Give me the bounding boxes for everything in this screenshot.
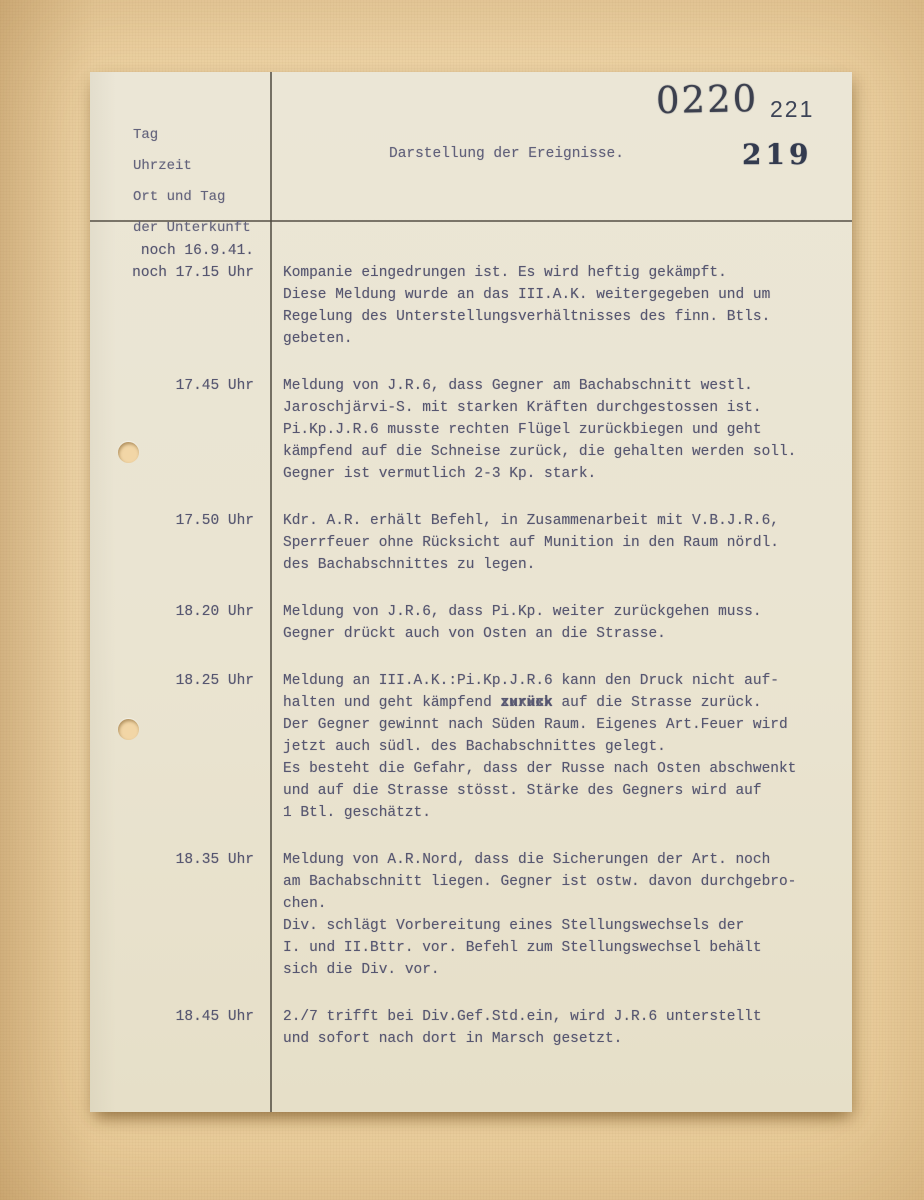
header-line-tag: Tag [133, 127, 158, 143]
text-line: Pi.Kp.J.R.6 musste rechten Flügel zurück… [283, 419, 796, 441]
text-line: und sofort nach dort in Marsch gesetzt. [283, 1028, 762, 1050]
text-line: Gegner drückt auch von Osten an die Stra… [283, 623, 762, 645]
text-line: Regelung des Unterstellungsverhältnisses… [283, 306, 770, 328]
entry-time: 18.25 Uhr [90, 670, 270, 692]
text-line: Meldung an III.A.K.:Pi.Kp.J.R.6 kann den… [283, 670, 796, 692]
overstruck-word: zurückxxxxxx [501, 692, 553, 714]
text-line: jetzt auch südl. des Bachabschnittes gel… [283, 736, 796, 758]
text-line: Sperrfeuer ohne Rücksicht auf Munition i… [283, 532, 779, 554]
entry-time: 17.50 Uhr [90, 510, 270, 532]
text-line: Meldung von J.R.6, dass Pi.Kp. weiter zu… [283, 601, 762, 623]
log-entry: 17.45 UhrMeldung von J.R.6, dass Gegner … [90, 375, 852, 485]
text-line: 1 Btl. geschätzt. [283, 802, 796, 824]
entry-time-line: 18.45 Uhr [90, 1006, 254, 1028]
log-entry: noch 16.9.41.noch 17.15 UhrKompanie eing… [90, 240, 852, 350]
text-line: halten und geht kämpfend zurückxxxxxx au… [283, 692, 796, 714]
text-line: Gegner ist vermutlich 2-3 Kp. stark. [283, 463, 796, 485]
page-number-top: 221 [770, 96, 814, 123]
entry-text: Meldung von J.R.6, dass Pi.Kp. weiter zu… [270, 601, 762, 645]
entry-time-line: noch 17.15 Uhr [90, 262, 254, 284]
page-number: 219 [742, 138, 812, 171]
text-line: Es besteht die Gefahr, dass der Russe na… [283, 758, 796, 780]
entry-time: noch 16.9.41.noch 17.15 Uhr [90, 240, 270, 284]
document-page: Tag Uhrzeit Ort und Tag der Unterkunft D… [90, 72, 852, 1112]
overstrike-marks: xxxxxx [501, 692, 553, 714]
punch-hole-bottom [118, 719, 139, 740]
events-column-title: Darstellung der Ereignisse. [389, 146, 624, 162]
entry-time: 18.35 Uhr [90, 849, 270, 871]
text-line: sich die Div. vor. [283, 959, 796, 981]
entry-text: Kompanie eingedrungen ist. Es wird hefti… [270, 240, 770, 350]
text-line: Kompanie eingedrungen ist. Es wird hefti… [283, 262, 770, 284]
log-entry: 18.25 UhrMeldung an III.A.K.:Pi.Kp.J.R.6… [90, 670, 852, 824]
text-line: Div. schlägt Vorbereitung eines Stellung… [283, 915, 796, 937]
entry-time: 18.20 Uhr [90, 601, 270, 623]
entry-time-line: noch 16.9.41. [90, 240, 254, 262]
entry-text: Meldung von J.R.6, dass Gegner am Bachab… [270, 375, 796, 485]
text-line: des Bachabschnittes zu legen. [283, 554, 779, 576]
entry-text: Kdr. A.R. erhält Befehl, in Zusammenarbe… [270, 510, 779, 576]
text-line: 2./7 trifft bei Div.Gef.Std.ein, wird J.… [283, 1006, 762, 1028]
log-entry: 18.35 UhrMeldung von A.R.Nord, dass die … [90, 849, 852, 981]
entries-area: noch 16.9.41.noch 17.15 UhrKompanie eing… [90, 220, 852, 1112]
entry-time-line: 17.45 Uhr [90, 375, 254, 397]
punch-hole-top [118, 442, 139, 463]
text-line: gebeten. [283, 328, 770, 350]
archive-stamp-number: 0220 [656, 77, 759, 122]
entry-text: Meldung an III.A.K.:Pi.Kp.J.R.6 kann den… [270, 670, 796, 824]
text-line: I. und II.Bttr. vor. Befehl zum Stellung… [283, 937, 796, 959]
header-line-ort: Ort und Tag [133, 189, 225, 205]
entry-time-line: 17.50 Uhr [90, 510, 254, 532]
text-line: und auf die Strasse stösst. Stärke des G… [283, 780, 796, 802]
entry-text: Meldung von A.R.Nord, dass die Sicherung… [270, 849, 796, 981]
text-line: kämpfend auf die Schneise zurück, die ge… [283, 441, 796, 463]
text-line: Jaroschjärvi-S. mit starken Kräften durc… [283, 397, 796, 419]
entry-time-line: 18.20 Uhr [90, 601, 254, 623]
text-line: Meldung von A.R.Nord, dass die Sicherung… [283, 849, 796, 871]
log-entry: 17.50 UhrKdr. A.R. erhält Befehl, in Zus… [90, 510, 852, 576]
text-line: am Bachabschnitt liegen. Gegner ist ostw… [283, 871, 796, 893]
log-entry: 18.20 UhrMeldung von J.R.6, dass Pi.Kp. … [90, 601, 852, 645]
entry-time: 17.45 Uhr [90, 375, 270, 397]
text-line: chen. [283, 893, 796, 915]
photo-background: Tag Uhrzeit Ort und Tag der Unterkunft D… [0, 0, 924, 1200]
text-line: Meldung von J.R.6, dass Gegner am Bachab… [283, 375, 796, 397]
entry-text: 2./7 trifft bei Div.Gef.Std.ein, wird J.… [270, 1006, 762, 1050]
entry-time-line: 18.35 Uhr [90, 849, 254, 871]
entry-time-line: 18.25 Uhr [90, 670, 254, 692]
text-line: Kdr. A.R. erhält Befehl, in Zusammenarbe… [283, 510, 779, 532]
text-line: Der Gegner gewinnt nach Süden Raum. Eige… [283, 714, 796, 736]
text-line: Diese Meldung wurde an das III.A.K. weit… [283, 284, 770, 306]
header-line-uhrzeit: Uhrzeit [133, 158, 192, 174]
log-entry: 18.45 Uhr2./7 trifft bei Div.Gef.Std.ein… [90, 1006, 852, 1050]
entry-time: 18.45 Uhr [90, 1006, 270, 1028]
